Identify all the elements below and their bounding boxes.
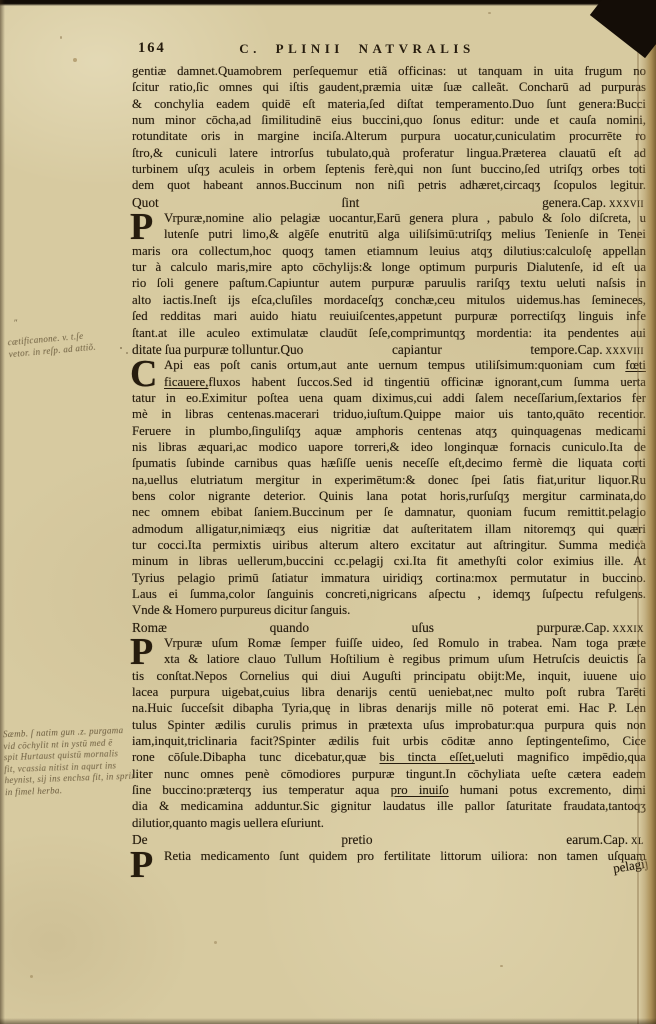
text-line: admodum alligatur,nimiæqʒ eius nigritiæ … <box>132 522 646 538</box>
heading-label: De pretio earum. <box>132 832 603 848</box>
foxing-spot <box>500 965 503 967</box>
text-line: na,uellus elutriatum mergitur in experim… <box>132 473 646 489</box>
text-line: tis conſtat.Nepos Cornelius qui diui Aug… <box>132 669 646 685</box>
text-line: ſine buccino:præterqʒ ius temperatur aqu… <box>132 783 646 799</box>
text-line: xta & latiore clauo Tullum Hoſtilium è r… <box>164 652 646 668</box>
underlined-text: ficauere, <box>164 375 208 389</box>
text-line: iam,inquit,triclinaria facit?Spinter ædi… <box>132 734 646 750</box>
underlined-text: bis tincta eſſet, <box>379 750 474 764</box>
heading-label: Quo capiantur tempore. <box>280 342 577 358</box>
text-column: gentiæ damnet.Quamobrem perſequemur etiã… <box>132 64 646 865</box>
text-line: tulus Spinter ædilis curulis primus in p… <box>132 718 646 734</box>
chapter-number: Cap. xxxviii <box>578 342 646 358</box>
text-line: ſcitur ratio,ſic omnes qui iſtis gaudent… <box>132 80 646 96</box>
text-line: mè in libras centenas.macerari triduo,iu… <box>132 407 646 423</box>
drop-cap: P <box>130 638 153 667</box>
foxing-spot <box>488 12 491 14</box>
text-line: rone cōſule.Dibapha tunc dicebatur,quæ b… <box>132 750 646 766</box>
text-line: tatur in eo.Eximitur poſtea uena quam di… <box>132 391 646 407</box>
marginalia-note: cætificanone. v. t.ſevetor. in reſp. ad … <box>7 326 131 361</box>
text-line: bens color nigrante deterior. Quinis lan… <box>132 489 646 505</box>
text-line: dilutior,quanto magis uellera eſuriunt. <box>132 816 646 832</box>
text-line: alto iactis.Ineſt ijs eſca,cluſiles mord… <box>132 293 646 309</box>
drop-cap: P <box>130 213 153 242</box>
text-line: ſed redditas mari auido hiatu reuiuiſcen… <box>132 309 646 325</box>
foxing-spot <box>214 941 217 944</box>
chapter-heading: De pretio earum.Cap. xl <box>132 832 646 848</box>
text-line: dia & medicamina adduntur.Sic gignitur l… <box>132 799 646 815</box>
text-line: tur cocci.Ita permixtis uiribus alterum … <box>132 538 646 554</box>
foxing-spot <box>120 347 122 349</box>
book-page-scan: 164 C. PLINII NATVRALIS gentiæ damnet.Qu… <box>0 0 656 1024</box>
drop-cap: C <box>130 360 157 389</box>
text-line: Retia medicamento ſunt quidem pro fertil… <box>164 849 646 865</box>
foxing-spot <box>126 352 128 354</box>
scan-border-top <box>0 0 656 6</box>
text-line: Tyrius pelagio primū ſatiatur immatura u… <box>132 571 646 587</box>
text-line: rio ſoli genere paſtum.Capiuntur autem p… <box>132 276 646 292</box>
running-title: C. PLINII NATVRALIS <box>100 41 614 57</box>
gutter-shadow <box>639 0 656 1024</box>
chapter-heading: Romæ quando uſus purpuræ.Cap. xxxix <box>132 620 646 636</box>
page-edge-left <box>0 0 5 1024</box>
paragraph: PRetia medicamento ſunt quidem pro ferti… <box>132 849 646 865</box>
text-line: Vrpuræ,nomine alio pelagiæ uocantur,Earū… <box>164 211 646 227</box>
text-line: & conchylia eadem quidē eſt materia,ſed … <box>132 97 646 113</box>
text-line: Api eas poſt canis ortum,aut ante uernum… <box>164 358 646 374</box>
text-line: lacea purpura uigebat,cuius libra denari… <box>132 685 646 701</box>
page-header: 164 C. PLINII NATVRALIS <box>132 40 646 60</box>
paragraph: CApi eas poſt canis ortum,aut ante uernu… <box>132 358 646 620</box>
text-line: Feruere in plumbo,ſinguliſqʒ aquæ amphor… <box>132 424 646 440</box>
text-line: minum in libras uellerum,buccini cc.pela… <box>132 554 646 570</box>
heading-label: Romæ quando uſus purpuræ. <box>132 620 585 636</box>
chapter-heading: ditate ſua purpuræ tolluntur.Quo capiant… <box>132 342 646 358</box>
drop-cap: P <box>130 851 153 880</box>
foxing-spot <box>30 975 33 978</box>
text-line: turbinem uſqʒ aculeis in orbem ſeptenis … <box>132 162 646 178</box>
paragraph: PVrpuræ,nomine alio pelagiæ uocantur,Ear… <box>132 211 646 342</box>
text-line: dem quot habeant annos.Buccinum non niſi… <box>132 178 646 194</box>
ink-mark: ″ <box>14 318 18 328</box>
text-line: nec omnem ebibat ſaniem.Buccinum per ſe … <box>132 505 646 521</box>
heading-label: Quot ſint genera. <box>132 195 581 211</box>
text-line: num minor cōcha,ad ſimilitudinē eius buc… <box>132 113 646 129</box>
text-line: Laus ei ſumma,color ſanguinis concreti,n… <box>132 587 646 603</box>
text-line: ſtant.at ille aculeo extimulatæ claudūt … <box>132 326 646 342</box>
chapter-heading: Quot ſint genera.Cap. xxxvii <box>132 195 646 211</box>
text-line: nis libras æquari,ac modico uapore torre… <box>132 440 646 456</box>
text-line: rotunditate oris in margine inciſa.Alter… <box>132 129 646 145</box>
text-line: gentiæ damnet.Quamobrem perſequemur etiã… <box>132 64 646 80</box>
text-line: na.Huic ſucceſsit dibapha Tyria,quę in l… <box>132 701 646 717</box>
page-edge-bottom <box>0 1018 656 1024</box>
text-line: ſtro,& cuniculi latere introrſus tubulat… <box>132 146 646 162</box>
text-line: tur à calculo maris,mire apto cōchylijs:… <box>132 260 646 276</box>
paragraph: PVrpuræ uſum Romæ ſemper fuiſſe uideo, ſ… <box>132 636 646 832</box>
foxing-spot <box>60 36 62 39</box>
underlined-text: pro inuiſo <box>391 783 449 797</box>
text-line: maris ora collectum,hoc quoqʒ tamen etia… <box>132 244 646 260</box>
text-line: Vrpuræ uſum Romæ ſemper fuiſſe uideo, ſe… <box>164 636 646 652</box>
paragraph: gentiæ damnet.Quamobrem perſequemur etiã… <box>132 64 646 195</box>
text-line: ſpumatis ſubinde carnibus quas hæſiſſe u… <box>132 456 646 472</box>
foxing-spot <box>73 58 77 62</box>
text-line: lutenſe putri limo,& algēſe enutritū alg… <box>164 227 646 243</box>
marginalia-note: Sæmb. ſ natim gun .z. purgamavid cōchyli… <box>3 725 133 798</box>
text-line: Vnde & Homero purpureus dicitur ſanguis. <box>132 603 646 619</box>
text-line: liter nunc omnes penè cōmodiores purpuræ… <box>132 767 646 783</box>
text-line: ficauere,fluxos habent ſuccos.Sed id tin… <box>164 375 646 391</box>
